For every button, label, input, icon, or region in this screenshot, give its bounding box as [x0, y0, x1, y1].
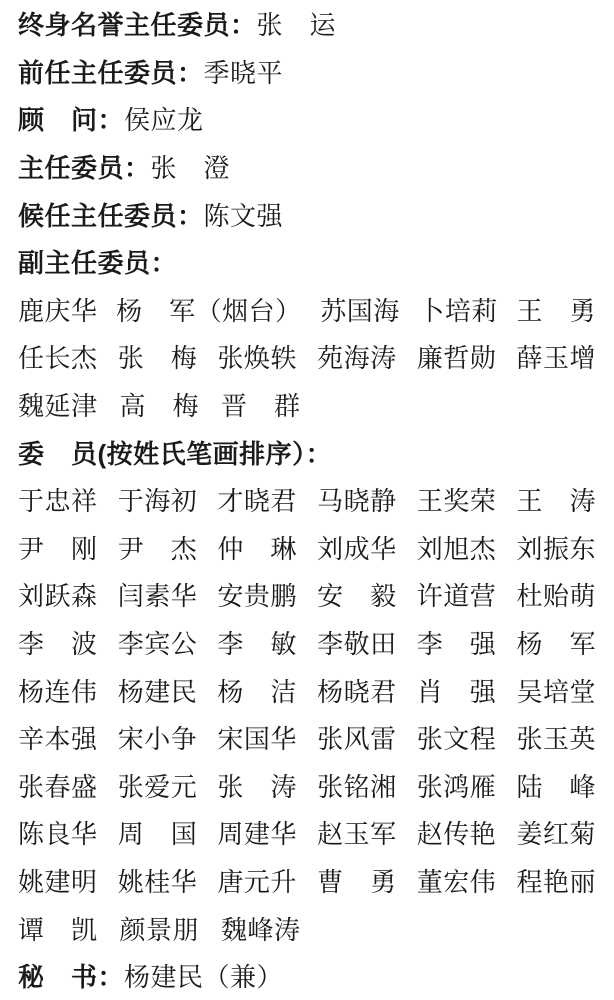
members-row: 尹 刚尹 杰仲 琳刘成华刘旭杰刘振东: [18, 524, 596, 572]
member-name: 王 涛: [516, 481, 596, 518]
member-name: 刘旭杰: [417, 529, 497, 566]
members-row: 张春盛张爱元张 涛张铭湘张鸿雁陆 峰: [18, 762, 596, 810]
member-name: 杨 洁: [217, 672, 297, 709]
committee-roster: 终身名誉主任委员：张 运 前任主任委员：季晓平 顾 问：侯应龙 主任委员：张 澄…: [0, 0, 614, 1000]
member-name: 董宏伟: [417, 862, 497, 899]
member-name: 陆 峰: [516, 767, 596, 804]
member-name: 苏国海: [320, 291, 400, 328]
members-heading: 委 员(按姓氏笔画排序）：: [18, 428, 596, 476]
member-name: 姜红菊: [516, 814, 596, 851]
member-name: 颜景朋: [120, 910, 200, 947]
member-name: 张焕轶: [217, 338, 297, 375]
member-name: 唐元升: [217, 862, 297, 899]
officer-name: 侯应龙: [124, 100, 204, 137]
member-name: 张春盛: [18, 767, 98, 804]
vice-chair-heading: 副主任委员：: [18, 238, 596, 286]
member-name: 谭 凯: [18, 910, 98, 947]
member-name: 晋 群: [221, 386, 301, 423]
member-name: 安 毅: [317, 576, 397, 613]
member-name: 尹 杰: [118, 529, 198, 566]
member-name: 李 强: [417, 624, 497, 661]
member-name: 程艳丽: [516, 862, 596, 899]
member-name: 宋小争: [118, 719, 198, 756]
member-name: 薛玉增: [516, 338, 596, 375]
member-name: 苑海涛: [317, 338, 397, 375]
member-name: 李 敏: [217, 624, 297, 661]
member-name: 张 涛: [217, 767, 297, 804]
member-name: 廉哲勋: [417, 338, 497, 375]
member-name: 任长杰: [18, 338, 98, 375]
members-row: 刘跃森闫素华安贵鹏安 毅许道营杜贻萌: [18, 571, 596, 619]
member-name: 高 梅: [120, 386, 200, 423]
vice-chair-row: 魏延津高 梅晋 群: [18, 381, 596, 429]
officer-label: 终身名誉主任委员：: [18, 5, 257, 42]
member-name: 张铭湘: [317, 767, 397, 804]
member-name: 张玉英: [516, 719, 596, 756]
member-name: 王 勇: [516, 291, 596, 328]
member-name: 张 梅: [118, 338, 198, 375]
member-name: 赵传艳: [417, 814, 497, 851]
member-name: 杨晓君: [317, 672, 397, 709]
secretary-line: 秘 书：杨建民（兼）: [18, 952, 596, 1000]
member-name: 杜贻萌: [516, 576, 596, 613]
member-name: 姚桂华: [118, 862, 198, 899]
member-name: 尹 刚: [18, 529, 98, 566]
members-row: 辛本强宋小争宋国华张风雷张文程张玉英: [18, 714, 596, 762]
member-name: 杨 军（烟台）: [116, 291, 302, 328]
vice-chair-row: 任长杰张 梅张焕轶苑海涛廉哲勋薛玉增: [18, 333, 596, 381]
member-name: 刘成华: [317, 529, 397, 566]
member-name: 于海初: [118, 481, 198, 518]
member-name: 周建华: [217, 814, 297, 851]
secretary-label: 秘 书：: [18, 957, 124, 994]
members-row: 于忠祥于海初才晓君马晓静王奖荣王 涛: [18, 476, 596, 524]
member-name: 仲 琳: [217, 529, 297, 566]
member-name: 吴培堂: [516, 672, 596, 709]
member-name: 张文程: [417, 719, 497, 756]
members-row: 姚建明姚桂华唐元升曹 勇董宏伟程艳丽: [18, 857, 596, 905]
member-name: 赵玉军: [317, 814, 397, 851]
member-name: 许道营: [417, 576, 497, 613]
officer-line-chair-elect: 候任主任委员：陈文强: [18, 190, 596, 238]
section-label: 委 员(按姓氏笔画排序）：: [18, 434, 332, 471]
officer-line-honorary-chair: 终身名誉主任委员：张 运: [18, 0, 596, 48]
officer-name: 张 澄: [151, 148, 231, 185]
member-name: 魏延津: [18, 386, 98, 423]
officer-line-chair: 主任委员：张 澄: [18, 143, 596, 191]
members-row: 杨连伟杨建民杨 洁杨晓君肖 强吴培堂: [18, 666, 596, 714]
member-name: 肖 强: [417, 672, 497, 709]
member-name: 杨 军: [516, 624, 596, 661]
officer-line-advisor: 顾 问：侯应龙: [18, 95, 596, 143]
officer-line-former-chair: 前任主任委员：季晓平: [18, 48, 596, 96]
member-name: 杨连伟: [18, 672, 98, 709]
member-name: 杨建民: [118, 672, 198, 709]
member-name: 陈良华: [18, 814, 98, 851]
officer-name: 陈文强: [204, 196, 284, 233]
officer-label: 前任主任委员：: [18, 53, 204, 90]
member-name: 李宾公: [118, 624, 198, 661]
member-name: 马晓静: [317, 481, 397, 518]
member-name: 李敬田: [317, 624, 397, 661]
member-name: 闫素华: [118, 576, 198, 613]
officer-name: 季晓平: [204, 53, 284, 90]
officer-label: 主任委员：: [18, 148, 151, 185]
members-row: 李 波李宾公李 敏李敬田李 强杨 军: [18, 619, 596, 667]
member-name: 辛本强: [18, 719, 98, 756]
members-row: 陈良华周 国周建华赵玉军赵传艳姜红菊: [18, 809, 596, 857]
member-name: 张爱元: [118, 767, 198, 804]
officer-label: 候任主任委员：: [18, 196, 204, 233]
member-name: 王奖荣: [417, 481, 497, 518]
vice-chair-row: 鹿庆华杨 军（烟台）苏国海卜培莉王 勇: [18, 286, 596, 334]
officer-label: 顾 问：: [18, 100, 124, 137]
member-name: 刘跃森: [18, 576, 98, 613]
member-name: 鹿庆华: [18, 291, 98, 328]
officer-name: 张 运: [257, 5, 337, 42]
member-name: 张风雷: [317, 719, 397, 756]
member-name: 张鸿雁: [417, 767, 497, 804]
member-name: 才晓君: [217, 481, 297, 518]
member-name: 曹 勇: [317, 862, 397, 899]
member-name: 李 波: [18, 624, 98, 661]
member-name: 卜培莉: [418, 291, 498, 328]
member-name: 宋国华: [217, 719, 297, 756]
secretary-name: 杨建民（兼）: [124, 957, 283, 994]
member-name: 于忠祥: [18, 481, 98, 518]
section-label: 副主任委员：: [18, 243, 177, 280]
member-name: 周 国: [118, 814, 198, 851]
member-name: 安贵鹏: [217, 576, 297, 613]
members-row: 谭 凯颜景朋魏峰涛: [18, 904, 596, 952]
member-name: 刘振东: [516, 529, 596, 566]
member-name: 魏峰涛: [221, 910, 301, 947]
member-name: 姚建明: [18, 862, 98, 899]
